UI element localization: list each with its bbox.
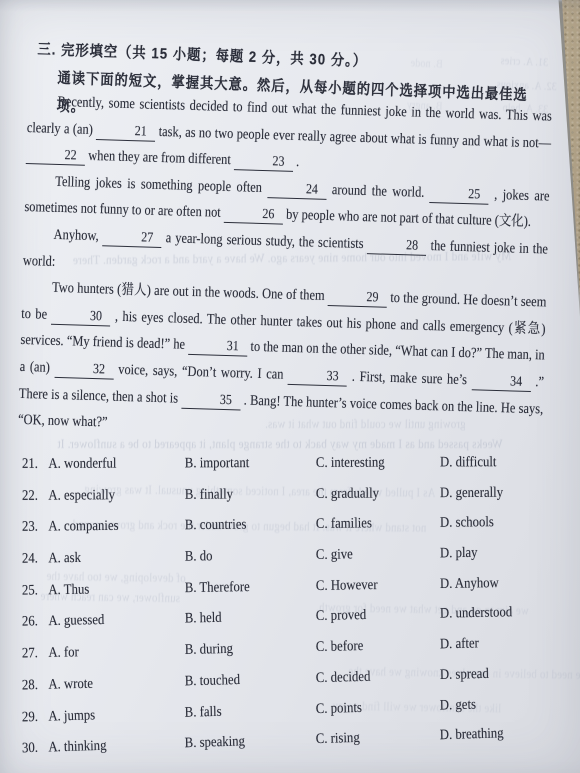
choice-c: C. gradually	[316, 485, 440, 503]
choice-c: C. give	[316, 546, 440, 565]
options-table: 21.A. wonderfulB. importantC. interestin…	[0, 449, 580, 766]
question-number: 25.	[22, 582, 49, 599]
choice-c: C. before	[316, 637, 440, 657]
cloze-blank-30: 30	[51, 308, 111, 327]
cloze-blank-33: 33	[288, 368, 348, 387]
choice-a: A. companies	[48, 518, 185, 536]
cloze-blank-26: 26	[224, 206, 284, 225]
choice-c: C. decided	[316, 667, 440, 687]
question-number: 30.	[22, 740, 49, 758]
choice-d: D. generally	[440, 484, 580, 502]
question-number: 29.	[22, 708, 49, 726]
cloze-blank-29: 29	[328, 289, 388, 308]
cloze-blank-22: 22	[26, 147, 86, 166]
cloze-blank-34: 34	[471, 373, 531, 392]
cloze-blank-28: 28	[367, 237, 427, 256]
choice-b: B. falls	[185, 701, 316, 722]
choice-b: B. important	[185, 455, 316, 472]
passage-paragraph: Recently, some scientists decided to fin…	[26, 88, 553, 183]
choice-d: D. after	[440, 634, 580, 654]
choice-d: D. Anyhow	[440, 574, 580, 593]
choice-b: B. do	[185, 547, 316, 566]
choice-a: A. for	[48, 642, 185, 662]
choice-d: D. breathing	[440, 723, 580, 744]
passage: Recently, some scientists decided to fin…	[18, 88, 553, 449]
choice-b: B. held	[185, 609, 316, 628]
choice-a: A. especially	[48, 487, 184, 505]
cloze-blank-21: 21	[96, 123, 156, 142]
question-number: 22.	[22, 488, 48, 505]
cloze-blank-31: 31	[188, 338, 248, 357]
cloze-blank-35: 35	[181, 391, 241, 410]
option-row-21: 21.A. wonderfulB. importantC. interestin…	[0, 447, 580, 481]
choice-b: B. countries	[185, 517, 316, 535]
cloze-blank-32: 32	[54, 361, 114, 380]
choice-a: A. guessed	[48, 611, 185, 631]
choice-b: B. speaking	[185, 732, 316, 753]
question-number: 28.	[22, 677, 49, 695]
choice-a: A. thinking	[48, 736, 185, 757]
choice-d: D. schools	[440, 514, 580, 532]
choice-d: D. spread	[440, 664, 580, 685]
cloze-blank-24: 24	[267, 181, 327, 200]
question-number: 26.	[22, 614, 49, 632]
choice-a: A. wrote	[48, 674, 185, 694]
photo-canvas: 31. A. cries32. A. anxious33. A. helpB. …	[0, 0, 580, 773]
question-number: 27.	[22, 645, 49, 663]
question-number: 23.	[22, 519, 49, 536]
choice-d: D. play	[440, 544, 580, 563]
choice-b: B. during	[185, 640, 316, 660]
cloze-blank-25: 25	[429, 186, 489, 205]
choice-a: A. jumps	[48, 705, 185, 726]
cloze-blank-27: 27	[102, 229, 162, 248]
choice-c: C. points	[316, 697, 440, 717]
choice-c: C. However	[316, 576, 440, 595]
cloze-blank-23: 23	[234, 153, 294, 172]
choice-b: B. touched	[185, 670, 316, 690]
choice-c: C. interesting	[316, 455, 440, 472]
question-number: 24.	[22, 551, 49, 568]
choice-a: A. ask	[48, 549, 185, 568]
choice-c: C. proved	[316, 606, 440, 625]
question-number: 21.	[22, 456, 48, 473]
exam-paper: 31. A. cries32. A. anxious33. A. helpB. …	[0, 0, 580, 773]
choice-b: B. Therefore	[185, 578, 316, 597]
choice-c: C. rising	[316, 728, 440, 749]
choice-a: A. wonderful	[48, 456, 184, 473]
choice-d: D. gets	[440, 693, 580, 714]
choice-d: D. understood	[440, 604, 580, 624]
passage-paragraph: Two hunters (猎人) are out in the woods. O…	[18, 274, 547, 449]
choice-c: C. families	[316, 515, 440, 533]
choice-a: A. Thus	[48, 580, 185, 599]
choice-d: D. difficult	[440, 454, 580, 472]
choice-b: B. finally	[185, 486, 316, 504]
